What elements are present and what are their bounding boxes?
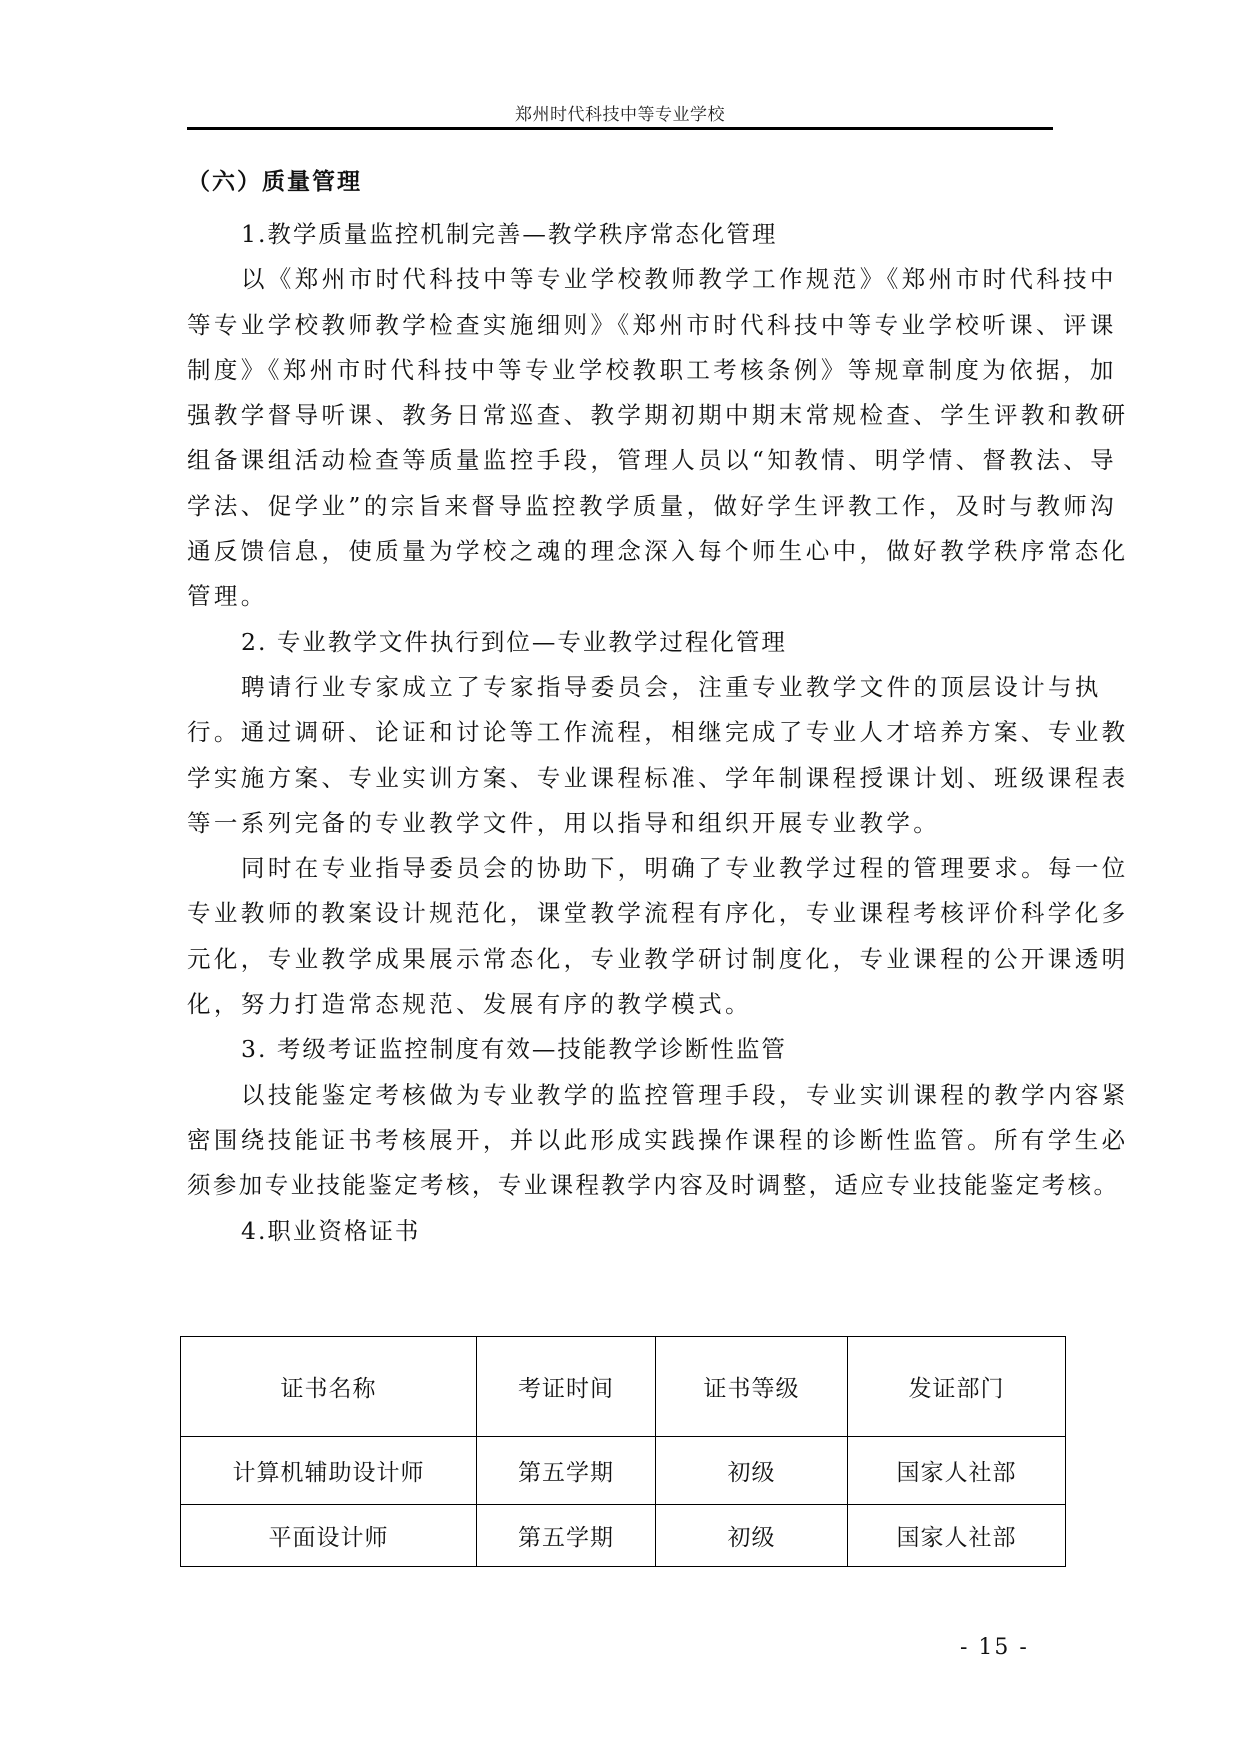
paragraph-line: 等专业学校教师教学检查实施细则》《郑州市时代科技中等专业学校听课、评课 bbox=[187, 303, 1053, 348]
paragraph-line: 等一系列完备的专业教学文件，用以指导和组织开展专业教学。 bbox=[187, 801, 1053, 846]
paragraph-line: 须参加专业技能鉴定考核，专业课程教学内容及时调整，适应专业技能鉴定考核。 bbox=[187, 1163, 1053, 1208]
paragraph-line: 通反馈信息，使质量为学校之魂的理念深入每个师生心中，做好教学秩序常态化 bbox=[187, 529, 1053, 574]
paragraph-line: 行。通过调研、论证和讨论等工作流程，相继完成了专业人才培养方案、专业教 bbox=[187, 710, 1053, 755]
certificate-table: 证书名称 考证时间 证书等级 发证部门 计算机辅助设计师 第五学期 初级 国家人… bbox=[180, 1336, 1066, 1567]
column-header: 考证时间 bbox=[477, 1337, 656, 1437]
table-header-row: 证书名称 考证时间 证书等级 发证部门 bbox=[181, 1337, 1066, 1437]
table-row: 平面设计师 第五学期 初级 国家人社部 bbox=[181, 1505, 1066, 1567]
paragraph-line: 管理。 bbox=[187, 574, 1053, 619]
table-cell: 国家人社部 bbox=[848, 1437, 1066, 1505]
table-cell: 计算机辅助设计师 bbox=[181, 1437, 477, 1505]
paragraph-line: 组备课组活动检查等质量监控手段，管理人员以“知教情、明学情、督教法、导 bbox=[187, 438, 1053, 483]
column-header: 证书等级 bbox=[656, 1337, 848, 1437]
paragraph-line: 学法、促学业”的宗旨来督导监控教学质量，做好学生评教工作，及时与教师沟 bbox=[187, 484, 1053, 529]
table-cell: 初级 bbox=[656, 1437, 848, 1505]
table-cell: 第五学期 bbox=[477, 1505, 656, 1567]
subsection-heading: 4.职业资格证书 bbox=[187, 1209, 1053, 1254]
subsection-heading: 1.教学质量监控机制完善—教学秩序常态化管理 bbox=[187, 212, 1053, 257]
subsection-heading: 2. 专业教学文件执行到位—专业教学过程化管理 bbox=[187, 620, 1053, 665]
table-cell: 平面设计师 bbox=[181, 1505, 477, 1567]
page-number: - 15 - bbox=[960, 1635, 1029, 1660]
paragraph-line: 元化，专业教学成果展示常态化，专业教学研讨制度化，专业课程的公开课透明 bbox=[187, 937, 1053, 982]
table-row: 计算机辅助设计师 第五学期 初级 国家人社部 bbox=[181, 1437, 1066, 1505]
paragraph-line: 以《郑州市时代科技中等专业学校教师教学工作规范》《郑州市时代科技中 bbox=[187, 257, 1053, 302]
table-cell: 第五学期 bbox=[477, 1437, 656, 1505]
subsection-heading: 3. 考级考证监控制度有效—技能教学诊断性监管 bbox=[187, 1027, 1053, 1072]
paragraph-line: 同时在专业指导委员会的协助下，明确了专业教学过程的管理要求。每一位 bbox=[187, 846, 1053, 891]
paragraph-line: 学实施方案、专业实训方案、专业课程标准、学年制课程授课计划、班级课程表 bbox=[187, 756, 1053, 801]
running-header: 郑州时代科技中等专业学校 bbox=[187, 100, 1053, 125]
column-header: 发证部门 bbox=[848, 1337, 1066, 1437]
paragraph-line: 聘请行业专家成立了专家指导委员会，注重专业教学文件的顶层设计与执 bbox=[187, 665, 1053, 710]
paragraph-line: 化，努力打造常态规范、发展有序的教学模式。 bbox=[187, 982, 1053, 1027]
paragraph-line: 强教学督导听课、教务日常巡查、教学期初期中期末常规检查、学生评教和教研 bbox=[187, 393, 1053, 438]
table-cell: 国家人社部 bbox=[848, 1505, 1066, 1567]
paragraph-line: 密围绕技能证书考核展开，并以此形成实践操作课程的诊断性监管。所有学生必 bbox=[187, 1118, 1053, 1163]
header-divider bbox=[187, 127, 1053, 130]
paragraph-line: 专业教师的教案设计规范化，课堂教学流程有序化，专业课程考核评价科学化多 bbox=[187, 891, 1053, 936]
paragraph-line: 制度》《郑州市时代科技中等专业学校教职工考核条例》等规章制度为依据，加 bbox=[187, 348, 1053, 393]
section-title: （六）质量管理 bbox=[187, 162, 1053, 212]
paragraph-line: 以技能鉴定考核做为专业教学的监控管理手段，专业实训课程的教学内容紧 bbox=[187, 1073, 1053, 1118]
column-header: 证书名称 bbox=[181, 1337, 477, 1437]
document-body: （六）质量管理 1.教学质量监控机制完善—教学秩序常态化管理 以《郑州市时代科技… bbox=[187, 162, 1053, 1254]
table-cell: 初级 bbox=[656, 1505, 848, 1567]
